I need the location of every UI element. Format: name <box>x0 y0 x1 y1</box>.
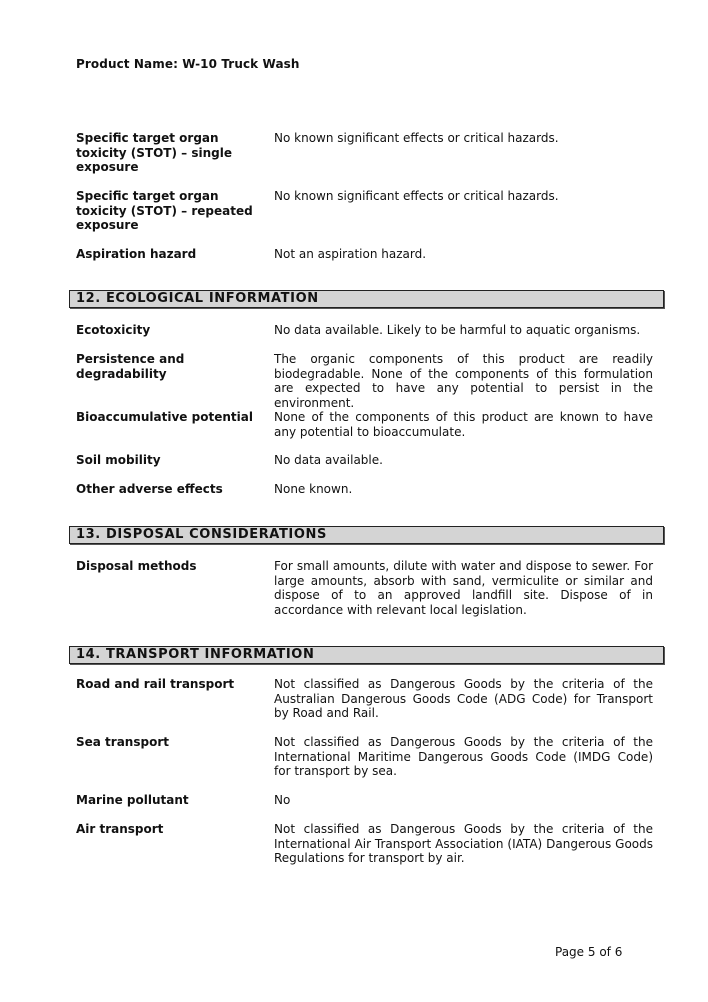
row-label: Persistence and degradability <box>76 352 226 381</box>
row-value: Not classified as Dangerous Goods by the… <box>274 735 653 779</box>
row-value: None of the components of this product a… <box>274 410 653 439</box>
row-value: No known significant effects or critical… <box>274 189 653 204</box>
row-label: Specific target organ toxicity (STOT) – … <box>76 189 266 233</box>
row-label: Road and rail transport <box>76 677 266 692</box>
row-value: No data available. <box>274 453 653 468</box>
row-value: No data available. Likely to be harmful … <box>274 323 653 338</box>
row-label: Bioaccumulative potential <box>76 410 266 425</box>
page-number: Page 5 of 6 <box>555 945 622 959</box>
row-label: Air transport <box>76 822 266 837</box>
row-label: Soil mobility <box>76 453 266 468</box>
row-label: Ecotoxicity <box>76 323 266 338</box>
row-value: No <box>274 793 653 808</box>
row-label: Sea transport <box>76 735 266 750</box>
section-header-ecological: 12. ECOLOGICAL INFORMATION <box>69 290 664 308</box>
section-header-disposal: 13. DISPOSAL CONSIDERATIONS <box>69 526 664 544</box>
row-value: Not classified as Dangerous Goods by the… <box>274 822 653 866</box>
row-label: Disposal methods <box>76 559 266 574</box>
row-value: Not an aspiration hazard. <box>274 247 653 262</box>
row-value: The organic components of this product a… <box>274 352 653 410</box>
row-label: Specific target organ toxicity (STOT) – … <box>76 131 266 175</box>
row-label: Aspiration hazard <box>76 247 266 262</box>
row-value: Not classified as Dangerous Goods by the… <box>274 677 653 721</box>
section-header-transport: 14. TRANSPORT INFORMATION <box>69 646 664 664</box>
row-label: Marine pollutant <box>76 793 266 808</box>
product-name: Product Name: W-10 Truck Wash <box>76 57 300 71</box>
row-value: None known. <box>274 482 653 497</box>
row-value: For small amounts, dilute with water and… <box>274 559 653 617</box>
row-value: No known significant effects or critical… <box>274 131 653 146</box>
row-label: Other adverse effects <box>76 482 266 497</box>
